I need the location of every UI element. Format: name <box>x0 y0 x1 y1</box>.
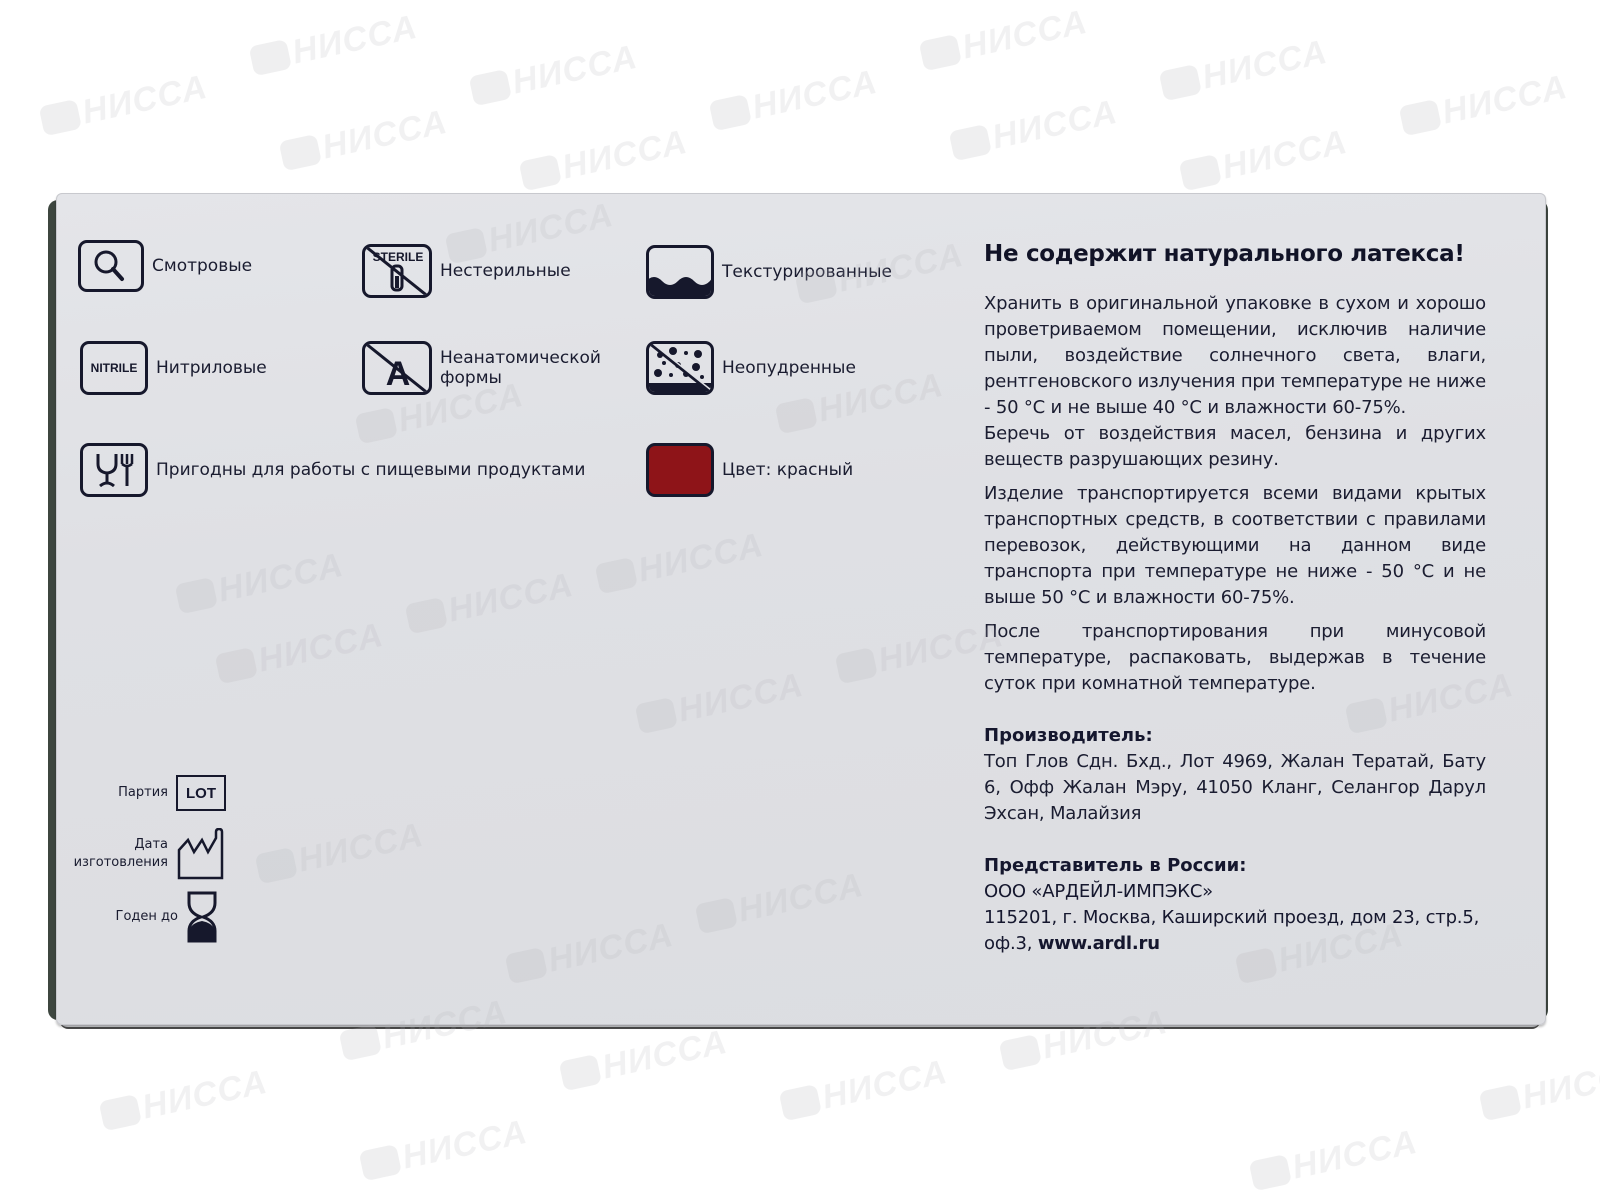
manufacturer-heading: Производитель: <box>984 723 1486 749</box>
watermark: НИССА <box>708 63 881 136</box>
feature-food-safe: Пригодны для работы с пищевыми продуктам… <box>80 443 585 497</box>
representative-heading: Представитель в России: <box>984 853 1486 879</box>
magnifier-icon <box>78 240 144 292</box>
factory-icon <box>176 828 226 880</box>
representative-address: 115201, г. Москва, Каширский проезд, дом… <box>984 905 1486 931</box>
watermark: НИССА <box>98 1063 271 1136</box>
watermark: НИССА <box>248 8 421 81</box>
watermark: НИССА <box>634 666 807 739</box>
feature-label: Неопудренные <box>722 358 856 378</box>
glove-box-panel: НИССА НИССА НИССА НИССА НИССА НИССА НИСС… <box>56 193 1546 1025</box>
watermark: НИССА <box>1478 1053 1600 1126</box>
protect-instructions: Беречь от воздействия масел, бензина и д… <box>984 421 1486 473</box>
feature-non-anatomic: A Неанатомическойформы <box>362 341 601 395</box>
watermark: НИССА <box>558 1023 731 1096</box>
representative-block: Представитель в России: ООО «АРДЕЙЛ-ИМПЭ… <box>984 853 1486 957</box>
symbol-label: Партия <box>118 784 168 802</box>
watermark: НИССА <box>1158 33 1331 106</box>
feature-label: Неанатомическойформы <box>440 348 601 388</box>
symbol-lot: Партия LOT <box>96 775 226 811</box>
anatomic-crossed-icon: A <box>362 341 432 395</box>
feature-color: Цвет: красный <box>646 443 853 497</box>
feature-label: Нестерильные <box>440 261 571 281</box>
symbol-manufacture-date: Датаизготовления <box>76 828 226 880</box>
feature-powder-free: Неопудренные <box>646 341 856 395</box>
watermark: НИССА <box>358 1113 531 1186</box>
lot-icon: LOT <box>176 775 226 811</box>
feature-label: Пригодны для работы с пищевыми продуктам… <box>156 460 585 480</box>
feature-label: Текстурированные <box>722 262 892 282</box>
website-link[interactable]: www.ardl.ru <box>1038 933 1160 954</box>
sterile-crossed-icon: STERILE <box>362 244 432 298</box>
watermark: НИССА <box>1248 1123 1421 1196</box>
watermark: НИССА <box>694 866 867 939</box>
manufacturer-address: Топ Глов Сдн. Бхд., Лот 4969, Жалан Тера… <box>984 749 1486 827</box>
glass-fork-icon <box>80 443 148 497</box>
watermark: НИССА <box>834 616 1007 689</box>
powder-crossed-icon <box>646 341 714 395</box>
hourglass-icon <box>186 891 218 943</box>
watermark: НИССА <box>174 546 347 619</box>
watermark: НИССА <box>278 103 451 176</box>
representative-office: оф.3, www.ardl.ru <box>984 931 1486 957</box>
feature-examination: Смотровые <box>78 240 252 292</box>
symbol-label: Годен до <box>116 908 178 926</box>
feature-textured: Текстурированные <box>646 245 892 299</box>
latex-free-headline: Не содержит натурального латекса! <box>984 241 1486 267</box>
watermark: НИССА <box>468 38 641 111</box>
color-swatch-icon <box>646 443 714 497</box>
storage-instructions: Хранить в оригинальной упаковке в сухом … <box>984 291 1486 421</box>
watermark: НИССА <box>1178 123 1351 196</box>
watermark: НИССА <box>504 916 677 989</box>
info-column: Не содержит натурального латекса! Хранит… <box>984 241 1486 957</box>
after-transport-instructions: После транспортирования при минусовой те… <box>984 619 1486 697</box>
watermark: НИССА <box>594 526 767 599</box>
transport-instructions: Изделие транспортируется всеми видами кр… <box>984 481 1486 611</box>
watermark: НИССА <box>778 1053 951 1126</box>
textured-surface-icon <box>646 245 714 299</box>
feature-label: Смотровые <box>152 256 252 276</box>
watermark: НИССА <box>948 93 1121 166</box>
watermark: НИССА <box>214 616 387 689</box>
watermark: НИССА <box>38 68 211 141</box>
feature-label: Нитриловые <box>156 358 267 378</box>
symbol-label: Датаизготовления <box>74 836 168 872</box>
manufacturer-block: Производитель: Топ Глов Сдн. Бхд., Лот 4… <box>984 723 1486 827</box>
watermark: НИССА <box>918 3 1091 76</box>
feature-nitrile: NITRILE Нитриловые <box>80 341 267 395</box>
watermark: НИССА <box>1398 68 1571 141</box>
feature-non-sterile: STERILE Нестерильные <box>362 244 571 298</box>
feature-label: Цвет: красный <box>722 460 853 480</box>
representative-company: ООО «АРДЕЙЛ-ИМПЭКС» <box>984 879 1486 905</box>
nitrile-icon: NITRILE <box>80 341 148 395</box>
watermark: НИССА <box>518 123 691 196</box>
watermark: НИССА <box>404 566 577 639</box>
watermark: НИССА <box>254 816 427 889</box>
symbol-expiry: Годен до <box>96 891 218 943</box>
